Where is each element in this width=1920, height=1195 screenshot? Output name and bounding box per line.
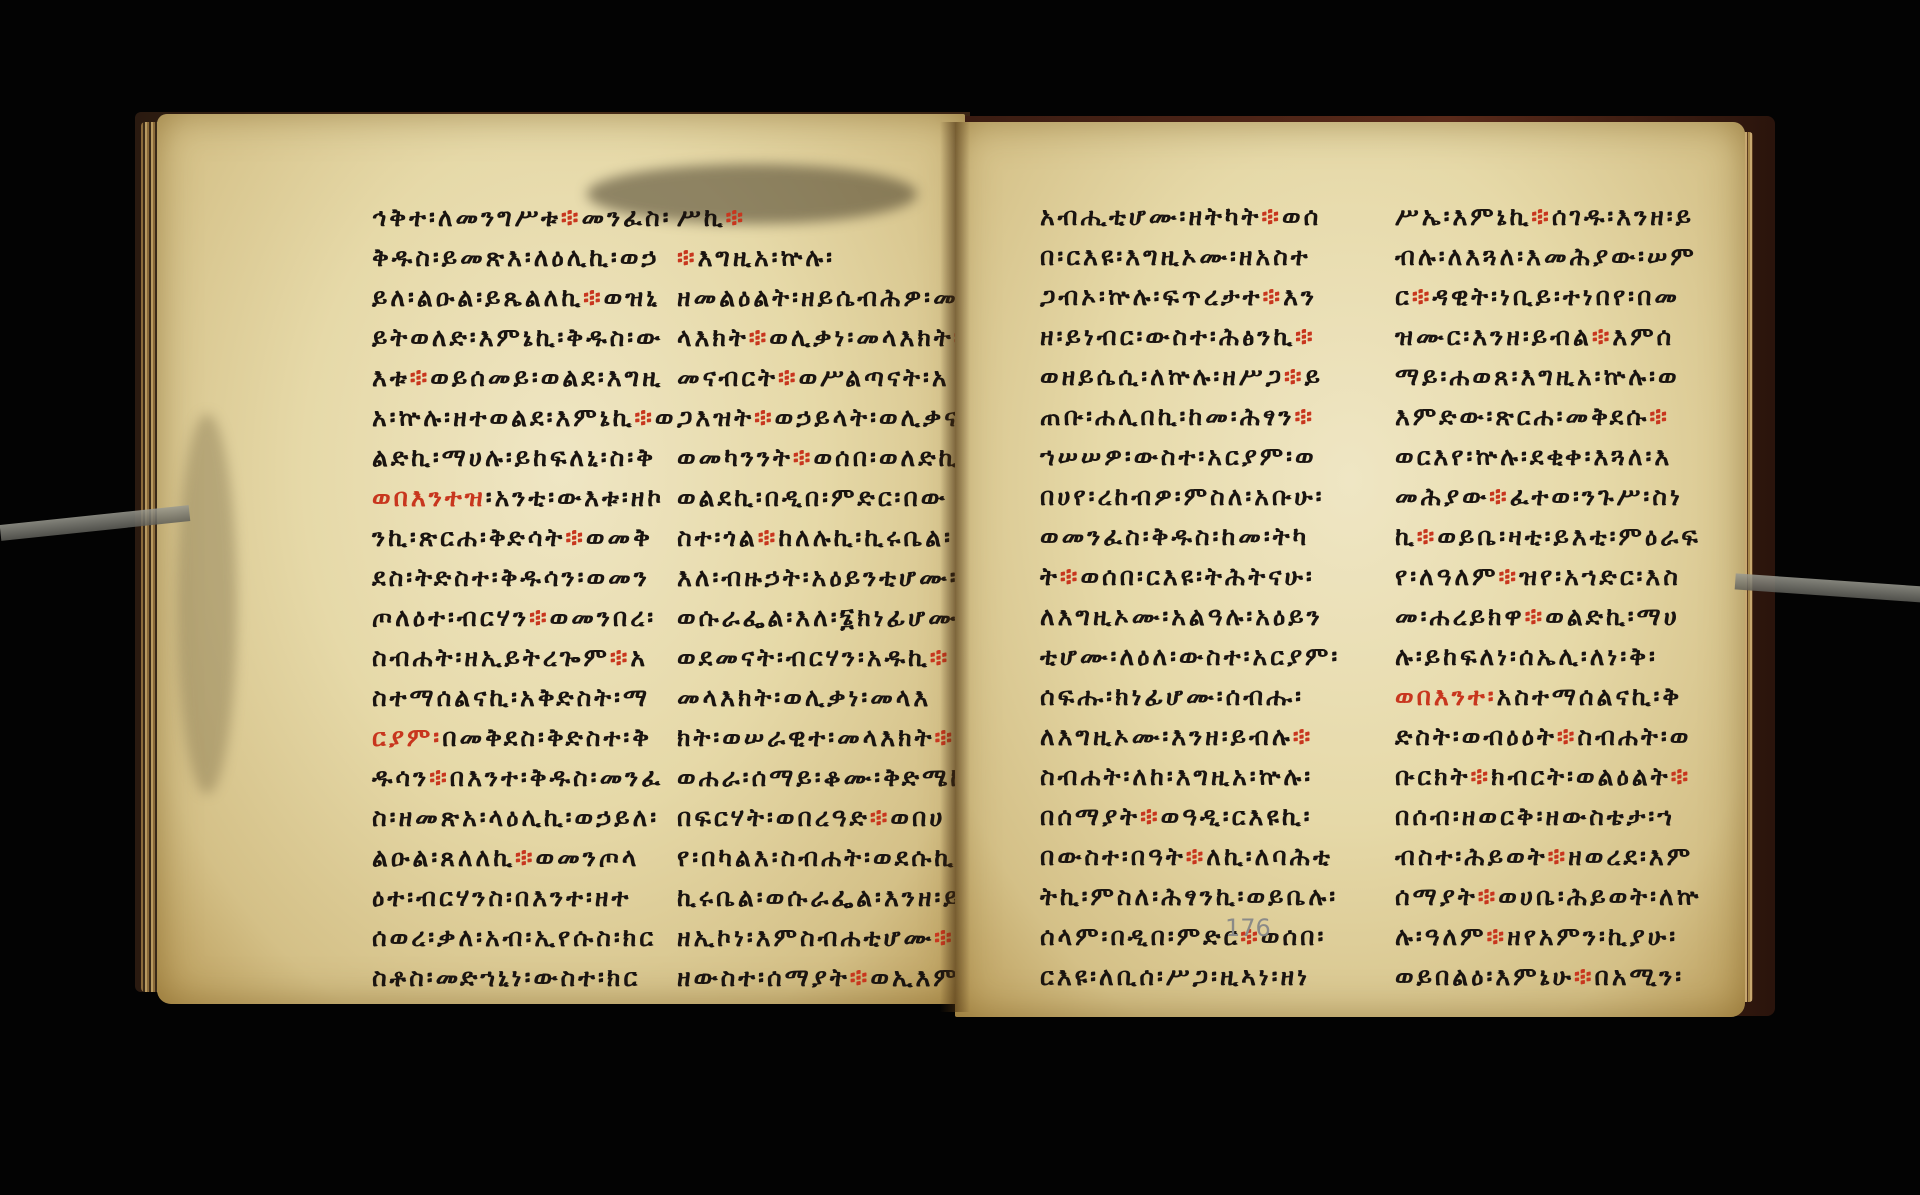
right-page: አብሒቲሆሙ፡ዘትካት፨ወሰበ፡ርእዩ፡እግዚኦሙ፡ዘአስተጋብኦ፡ኵሉ፡ፍጥረ…	[955, 122, 1745, 1017]
manuscript-line: ይትወለድ፡እምኔኪ፡ቅዱስ፡ው	[372, 318, 677, 358]
manuscript-line: ርእዩ፡ለቢሰ፡ሥጋ፡ዚኣነ፡ዘነ	[1040, 957, 1340, 997]
manuscript-line: ወበእንተዝ፡አንቲ፡ውእቱ፡ዘኮ	[372, 478, 677, 518]
manuscript-line: ሰወረ፡ቃለ፡አብ፡ኢየሱስ፡ክር	[372, 918, 677, 958]
manuscript-line: በሰብ፡ዘወርቅ፡ዘውስቴታ፡ኀ	[1395, 797, 1701, 837]
manuscript-line: ወርእየ፡ኵሉ፡ደቂቀ፡እጓለ፡እ	[1395, 437, 1701, 477]
manuscript-line: ሉ፡ዓለም፨ዘየአምን፡ኪያሁ፡	[1395, 917, 1701, 957]
manuscript-line: ወዘይሴሲ፡ለኵሉ፡ዘሥጋ፨ይ	[1040, 357, 1340, 397]
right-page-column-2: ሥኤ፡እምኔኪ፨ሰገዱ፡እንዘ፡ይብሉ፡ለእጓለ፡እመሕያው፡ሠምር፨ዳዊት፡ነ…	[1395, 197, 1701, 997]
manuscript-line: ይለ፡ልዑል፡ይጼልለኪ፨ወዝኒ	[372, 278, 677, 318]
manuscript-line: ዝሙር፡እንዘ፡ይብል፨እምሰ	[1395, 317, 1701, 357]
manuscript-line: ዘ፡ይነብር፡ውስተ፡ሕፅንኪ፨	[1040, 317, 1340, 357]
manuscript-line: ድስት፡ወብዕዕት፨ስብሐት፡ወ	[1395, 717, 1701, 757]
manuscript-line: ቡርክት፨ክብርት፡ወልዕልት፨	[1395, 757, 1701, 797]
dark-background: ኅቅተ፡ለመንግሥቱ፨መንፈስ፡ቅዱስ፡ይመጽእ፡ለዕሊኪ፡ወኃይለ፡ልዑል፡ይ…	[0, 0, 1920, 1195]
manuscript-line: ሰላም፡በዲበ፡ምድር፨ወሰበ፡	[1040, 917, 1340, 957]
pencil-folio-number: 176	[1225, 914, 1271, 942]
manuscript-line: በሰማያት፨ወዓዲ፡ርእዩኪ፡	[1040, 797, 1340, 837]
manuscript-line: ለእግዚኦሙ፡እንዘ፡ይብሉ፨	[1040, 717, 1340, 757]
manuscript-line: ሥኤ፡እምኔኪ፨ሰገዱ፡እንዘ፡ይ	[1395, 197, 1701, 237]
manuscript-line: ኪ፨ወይቤ፡ዛቲ፡ይእቲ፡ምዕራፍ	[1395, 517, 1701, 557]
manuscript-line: መሕያው፨ፈተወ፡ንጉሥ፡ስነ	[1395, 477, 1701, 517]
manuscript-line: ወይበልዕ፡እምኔሁ፨በአሚን፡	[1395, 957, 1701, 997]
manuscript-line: ጦለዕተ፡ብርሃን፨ወመንበረ፡	[372, 598, 677, 638]
manuscript-line: ሰማያት፨ወሀቤ፡ሕይወት፡ለኵ	[1395, 877, 1701, 917]
manuscript-line: ወመንፈስ፡ቅዱስ፡ከመ፡ትካ	[1040, 517, 1340, 557]
manuscript-line: አብሒቲሆሙ፡ዘትካት፨ወሰ	[1040, 197, 1340, 237]
left-page-column-1: ኅቅተ፡ለመንግሥቱ፨መንፈስ፡ቅዱስ፡ይመጽእ፡ለዕሊኪ፡ወኃይለ፡ልዑል፡ይ…	[372, 198, 677, 998]
manuscript-line: ርያም፡በመቅደስ፡ቅድስተ፡ቅ	[372, 718, 677, 758]
edge-stain	[177, 414, 237, 794]
manuscript-line: ስቶስ፡መድኀኒነ፡ውስተ፡ክር	[372, 958, 677, 998]
manuscript-line: ስብሐት፡ለከ፡እግዚአ፡ኵሉ፡	[1040, 757, 1340, 797]
manuscript-line: ኀሠሠዎ፡ውስተ፡አርያም፡ወ	[1040, 437, 1340, 477]
manuscript-line: አ፡ኵሉ፡ዘተወልደ፡እምኔኪ፨ወ	[372, 398, 677, 438]
manuscript-line: ዕተ፡ብርሃንስ፡በእንተ፡ዘተ	[372, 878, 677, 918]
manuscript-line: ኅቅተ፡ለመንግሥቱ፨መንፈስ፡	[372, 198, 677, 238]
manuscript-line: ስተማሰልናኪ፡አቅድስት፡ማ	[372, 678, 677, 718]
manuscript-line: ቅዱስ፡ይመጽእ፡ለዕሊኪ፡ወኃ	[372, 238, 677, 278]
manuscript-line: መ፡ሐረይክዋ፨ወልድኪ፡ማሀ	[1395, 597, 1701, 637]
book-gutter	[940, 122, 970, 1012]
manuscript-line: በውስተ፡በዓት፨ለኪ፡ለባሕቲ	[1040, 837, 1340, 877]
open-manuscript: ኅቅተ፡ለመንግሥቱ፨መንፈስ፡ቅዱስ፡ይመጽእ፡ለዕሊኪ፡ወኃይለ፡ልዑል፡ይ…	[135, 112, 1765, 1017]
manuscript-line: ጠቡ፡ሐሊበኪ፡ከመ፡ሕፃን፨	[1040, 397, 1340, 437]
manuscript-line: ስብሐት፡ዘኢይትረጐም፨አ	[372, 638, 677, 678]
manuscript-line: ትኪ፡ምስለ፡ሕፃንኪ፡ወይቤሉ፡	[1040, 877, 1340, 917]
manuscript-line: ልዑል፡ጸለለኪ፨ወመንጦላ	[372, 838, 677, 878]
left-page: ኅቅተ፡ለመንግሥቱ፨መንፈስ፡ቅዱስ፡ይመጽእ፡ለዕሊኪ፡ወኃይለ፡ልዑል፡ይ…	[157, 114, 965, 1004]
manuscript-line: ሉ፡ይከፍለነ፡ሰኤሊ፡ለነ፡ቅ፡	[1395, 637, 1701, 677]
manuscript-line: ቲሆሙ፡ለዕለ፡ውስተ፡አርያም፡	[1040, 637, 1340, 677]
manuscript-line: የ፡ለዓለም፨ዝየ፡አኀድር፡እስ	[1395, 557, 1701, 597]
manuscript-line: ንኪ፡ጽርሐ፡ቅድሳት፨ወመቅ	[372, 518, 677, 558]
manuscript-line: ር፨ዳዊት፡ነቢይ፡ተነበየ፡በመ	[1395, 277, 1701, 317]
manuscript-line: ሰፍሑ፡ክነፊሆሙ፡ሰብሑ፡	[1040, 677, 1340, 717]
manuscript-line: ማይ፡ሐወጸ፡እግዚአ፡ኵሉ፡ወ	[1395, 357, 1701, 397]
right-page-column-1: አብሒቲሆሙ፡ዘትካት፨ወሰበ፡ርእዩ፡እግዚኦሙ፡ዘአስተጋብኦ፡ኵሉ፡ፍጥረ…	[1040, 197, 1340, 997]
manuscript-line: ብሉ፡ለእጓለ፡እመሕያው፡ሠም	[1395, 237, 1701, 277]
manuscript-line: ጋብኦ፡ኵሉ፡ፍጥረታተ፨እን	[1040, 277, 1340, 317]
manuscript-line: ደስ፡ትድስተ፡ቅዱሳን፡ወመን	[372, 558, 677, 598]
manuscript-line: እምድው፡ጽርሐ፡መቅደሱ፨	[1395, 397, 1701, 437]
manuscript-line: በ፡ርእዩ፡እግዚኦሙ፡ዘአስተ	[1040, 237, 1340, 277]
manuscript-line: እቱ፨ወይሰመይ፡ወልደ፡እግዚ	[372, 358, 677, 398]
manuscript-line: ት፨ወሰበ፡ርእዩ፡ትሕትናሁ፡	[1040, 557, 1340, 597]
manuscript-line: ወበእንተ፡አስተማሰልናኪ፡ቅ	[1395, 677, 1701, 717]
manuscript-line: ስ፡ዘመጽአ፡ላዕሊኪ፡ወኃይለ፡	[372, 798, 677, 838]
manuscript-line: ብስተ፡ሕይወት፨ዘወረደ፡እም	[1395, 837, 1701, 877]
manuscript-line: ልድኪ፡ማሀሉ፡ይከፍለኒ፡ስ፡ቅ	[372, 438, 677, 478]
manuscript-line: ለእግዚኦሙ፡አልዓሉ፡አዕይን	[1040, 597, 1340, 637]
manuscript-line: በሀየ፡ረከብዎ፡ምስለ፡አቡሁ፡	[1040, 477, 1340, 517]
manuscript-line: ዱሳን፨በእንተ፡ቅዱስ፡መንፈ	[372, 758, 677, 798]
